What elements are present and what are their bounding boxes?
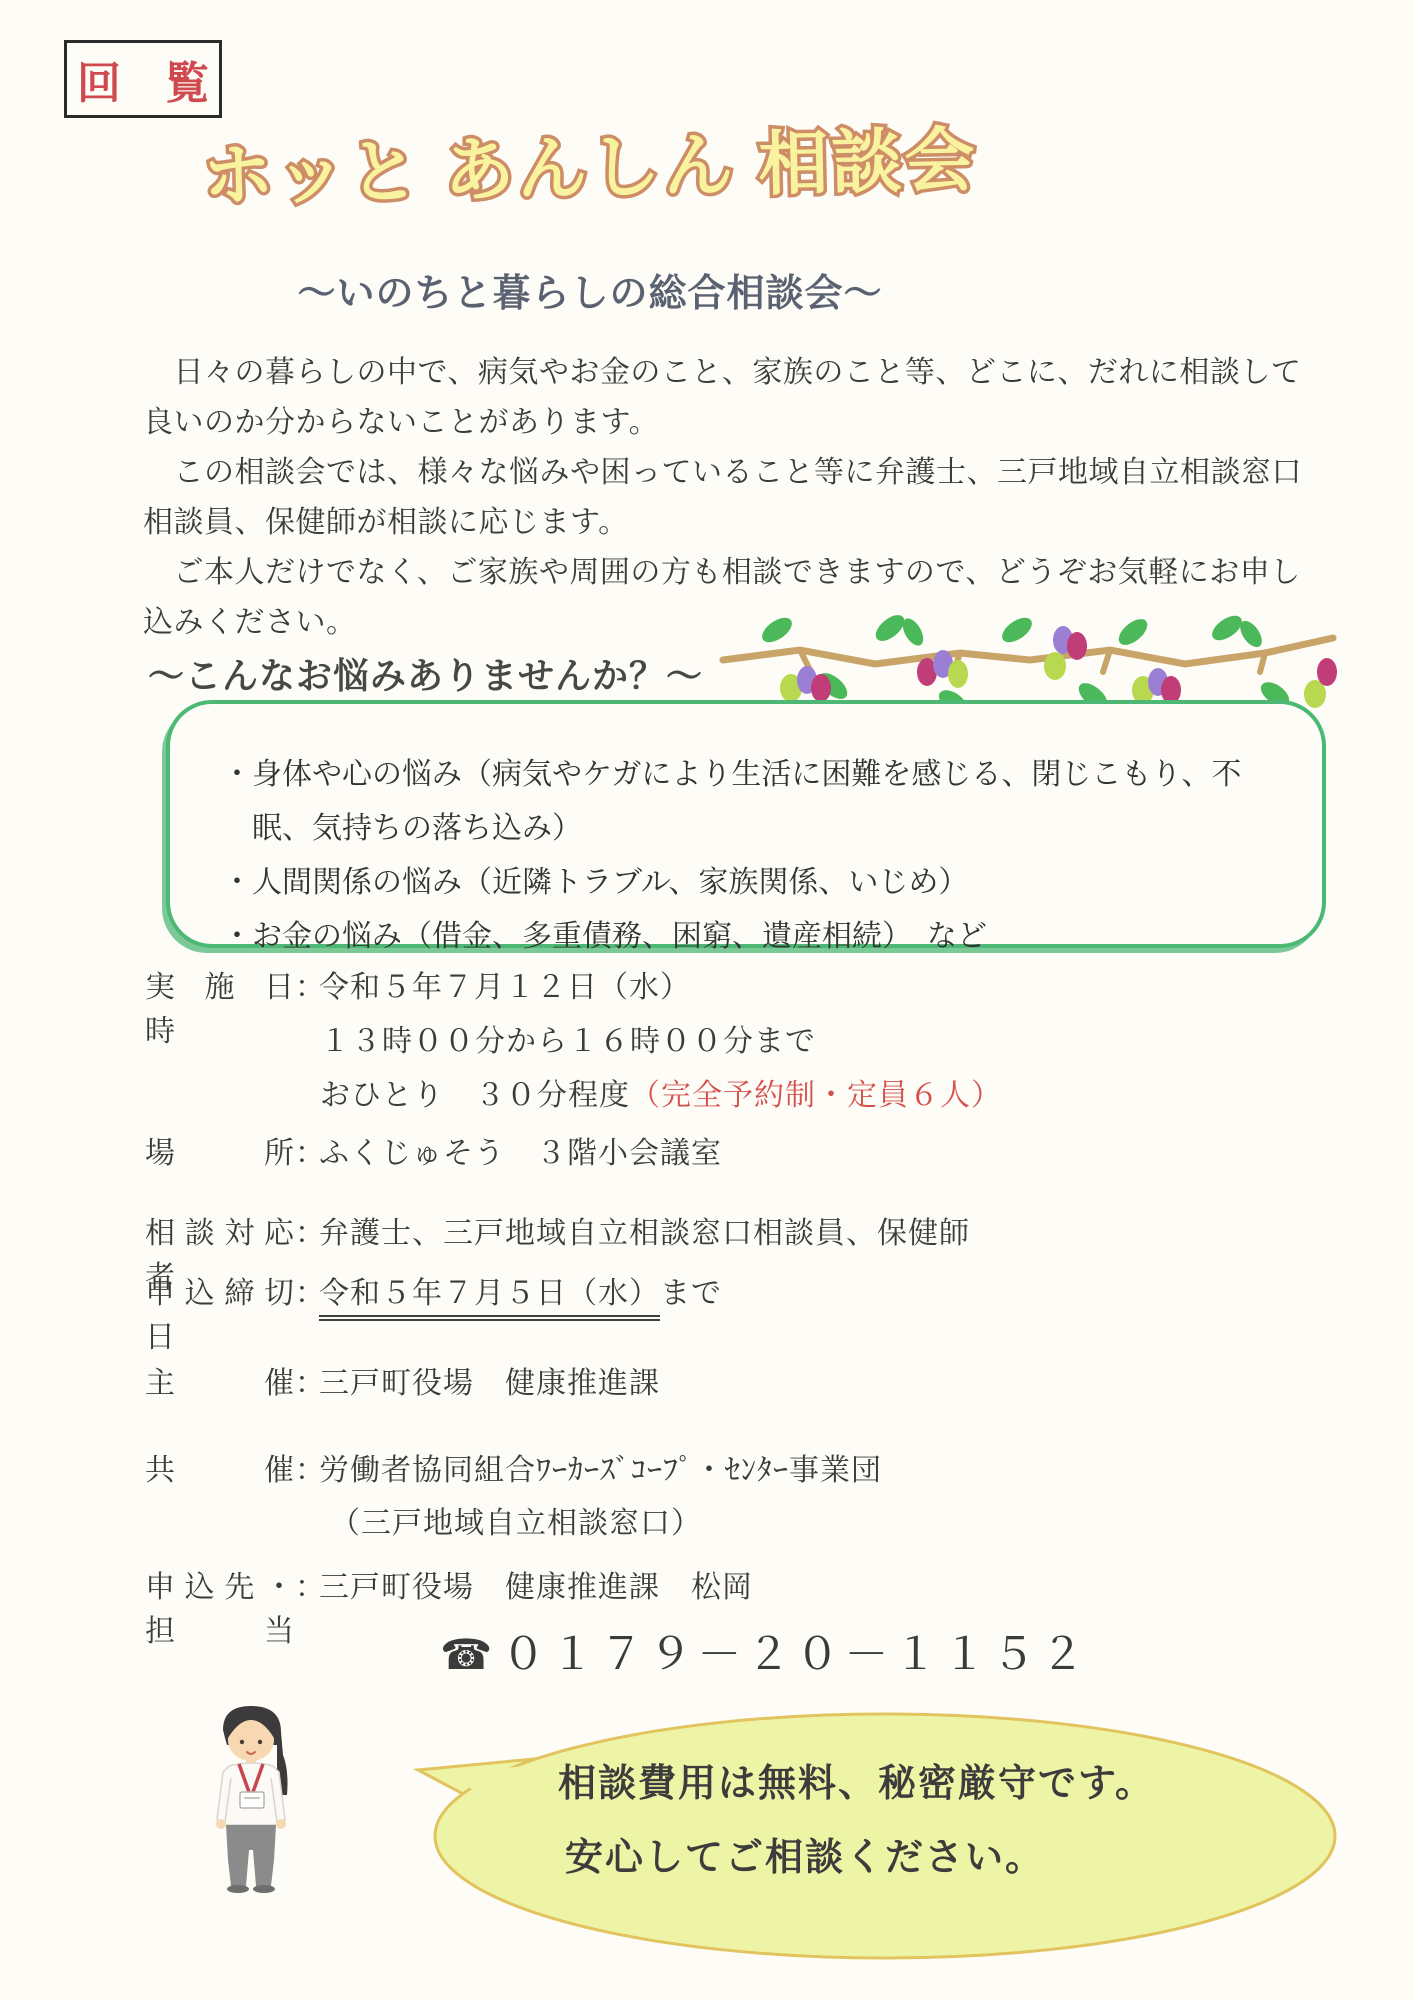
page-title: ホッと あんしん 相談会 (19, 100, 1161, 225)
intro-paragraph-2: この相談会では、様々な悩みや困っていること等に弁護士、三戸地域自立相談窓口相談員… (143, 448, 1308, 548)
detail-label-schedule: 実 施 日 時 (145, 962, 295, 1050)
contact-value: 三戸町役場 健康推進課 松岡 (319, 1562, 753, 1606)
phone-icon: ☎ (440, 1631, 497, 1678)
schedule-duration-text: おひとり ３０分程度 (320, 1079, 630, 1112)
host-value: 三戸町役場 健康推進課 (319, 1358, 660, 1402)
detail-row-place: 場 所 ： ふくじゅそう ３階小会議室 (145, 1128, 722, 1172)
detail-label-host: 主 催 (145, 1358, 295, 1402)
schedule-reservation-note: （完全予約制・定員６人） (630, 1079, 1002, 1112)
cohost-value2: （三戸地域自立相談窓口） (330, 1498, 702, 1542)
detail-row-host: 主 催 ： 三戸町役場 健康推進課 (145, 1358, 660, 1402)
counselors-value: 弁護士、三戸地域自立相談窓口相談員、保健師 (319, 1208, 970, 1252)
schedule-duration: おひとり ３０分程度（完全予約制・定員６人） (320, 1070, 1002, 1114)
flyer-page: 回 覧 ホッと あんしん 相談会 ～いのちと暮らしの総合相談会～ 日々の暮らしの… (0, 0, 1414, 2000)
colon: ： (295, 1128, 319, 1172)
worry-item-3: ・お金の悩み（借金、多重債務、困窮、遺産相続） など (222, 910, 1267, 964)
schedule-time: １３時００分から１６時００分まで (320, 1016, 816, 1060)
kairan-stamp-label: 回 覧 (77, 47, 209, 111)
detail-label-place: 場 所 (145, 1128, 295, 1172)
deadline-date: 令和５年７月５日（水） (319, 1268, 660, 1321)
bubble-text-line2: 安心してご相談ください。 (565, 1826, 1045, 1881)
vine-decoration-icon (715, 598, 1340, 713)
worry-item-2: ・人間関係の悩み（近隣トラブル、家族関係、いじめ） (222, 856, 1267, 910)
detail-label-cohost: 共 催 (145, 1445, 295, 1489)
bubble-text-line1: 相談費用は無料、秘密厳守です。 (558, 1752, 1155, 1807)
staff-illustration (193, 1700, 311, 1895)
detail-row-deadline: 申込締切日 ： 令和５年７月５日（水） まで (145, 1268, 722, 1356)
phone-number: ０１７９－２０－１１５２ (501, 1630, 1089, 1679)
worries-box: ・身体や心の悩み（病気やケガにより生活に困難を感じる、閉じこもり、不眠、気持ちの… (166, 700, 1326, 948)
deadline-suffix: まで (660, 1268, 722, 1312)
detail-label-contact: 申込先・担当 (145, 1562, 295, 1650)
worries-heading: ～こんなお悩みありませんか？～ (148, 648, 703, 699)
worry-item-1: ・身体や心の悩み（病気やケガにより生活に困難を感じる、閉じこもり、不眠、気持ちの… (222, 748, 1267, 856)
colon: ： (295, 1208, 319, 1252)
colon: ： (295, 1562, 319, 1606)
page-subtitle: ～いのちと暮らしの総合相談会～ (20, 262, 1160, 317)
schedule-date: 令和５年７月１２日（水） (319, 962, 691, 1006)
phone-line: ☎０１７９－２０－１１５２ (440, 1618, 1089, 1682)
intro-paragraph-1: 日々の暮らしの中で、病気やお金のこと、家族のこと等、どこに、だれに相談して良いの… (143, 348, 1308, 448)
detail-label-deadline: 申込締切日 (145, 1268, 295, 1356)
colon: ： (295, 1445, 319, 1489)
colon: ： (295, 962, 319, 1006)
detail-row-cohost: 共 催 ： 労働者協同組合ﾜｰｶｰｽﾞｺｰﾌﾟ・ｾﾝﾀｰ事業団 (145, 1445, 882, 1489)
kairan-stamp: 回 覧 (64, 40, 222, 118)
colon: ： (295, 1268, 319, 1312)
place-value: ふくじゅそう ３階小会議室 (319, 1128, 722, 1172)
colon: ： (295, 1358, 319, 1402)
cohost-value: 労働者協同組合ﾜｰｶｰｽﾞｺｰﾌﾟ・ｾﾝﾀｰ事業団 (319, 1445, 882, 1489)
